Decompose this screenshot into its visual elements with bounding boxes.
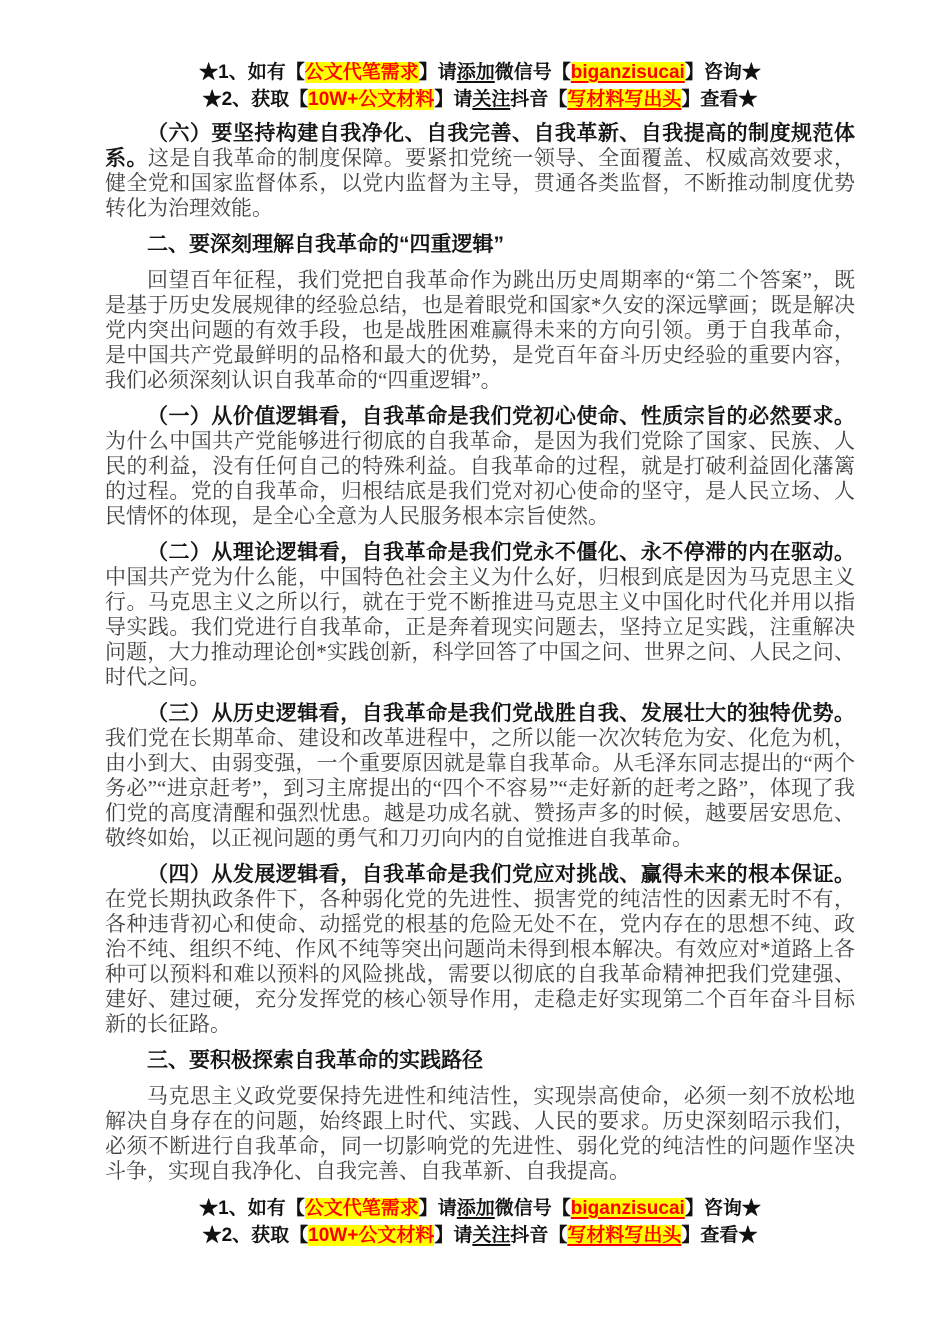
highlighted-keyword: 公文代笔需求 xyxy=(305,1198,419,1219)
highlighted-account: biganzisucai xyxy=(571,1198,685,1219)
highlighted-account: 写材料写出头 xyxy=(567,1225,681,1246)
paragraph-six: （六）要坚持构建自我净化、自我完善、自我革新、自我提高的制度规范体系。这是自我革… xyxy=(105,121,855,221)
paragraph-practice: 马克思主义政党要保持先进性和纯洁性，实现崇高使命，必须一刻不放松地解决自身存在的… xyxy=(105,1084,855,1184)
underlined-action: 添加 xyxy=(457,62,495,83)
paragraph-lead: （二）从理论逻辑看，自我革命是我们党永不僵化、永不停滞的内在驱动。 xyxy=(147,541,855,564)
notice-text: ★1、如有【 xyxy=(199,62,305,83)
notice-text: 微信号【 xyxy=(495,62,571,83)
paragraph-text: 在党长期执政条件下，各种弱化党的先进性、损害党的纯洁性的因素无时不有，各种违背初… xyxy=(105,887,855,1036)
notice-line: ★1、如有【公文代笔需求】请添加微信号【biganzisucai】咨询★ xyxy=(105,1195,855,1222)
notice-line: ★2、获取【10W+公文材料】请关注抖音【写材料写出头】查看★ xyxy=(105,1222,855,1249)
paragraph-text: 回望百年征程，我们党把自我革命作为跳出历史周期率的“第二个答案”，既是基于历史发… xyxy=(105,268,855,392)
paragraph-lead: （一）从价值逻辑看，自我革命是我们党初心使命、性质宗旨的必然要求。 xyxy=(147,405,855,428)
notice-line: ★1、如有【公文代笔需求】请添加微信号【biganzisucai】咨询★ xyxy=(105,59,855,86)
paragraph-one: （一）从价值逻辑看，自我革命是我们党初心使命、性质宗旨的必然要求。为什么中国共产… xyxy=(105,404,855,529)
underlined-action: 关注 xyxy=(472,89,510,110)
section-heading-two: 二、要深刻理解自我革命的“四重逻辑” xyxy=(105,232,855,257)
document-page: ★1、如有【公文代笔需求】请添加微信号【biganzisucai】咨询★★2、获… xyxy=(0,0,950,1344)
notice-text: 】请 xyxy=(419,62,457,83)
notice-text: ★2、获取【 xyxy=(203,1225,309,1246)
notice-text: 】查看★ xyxy=(681,89,757,110)
paragraph-overview: 回望百年征程，我们党把自我革命作为跳出历史周期率的“第二个答案”，既是基于历史发… xyxy=(105,268,855,393)
highlighted-keyword: 10W+公文材料 xyxy=(308,1225,434,1246)
notice-text: 】咨询★ xyxy=(685,1198,761,1219)
promo-footer: ★1、如有【公文代笔需求】请添加微信号【biganzisucai】咨询★★2、获… xyxy=(105,1195,855,1249)
paragraph-lead: （三）从历史逻辑看，自我革命是我们党战胜自我、发展壮大的独特优势。 xyxy=(147,702,855,725)
notice-text: ★2、获取【 xyxy=(203,89,309,110)
highlighted-keyword: 公文代笔需求 xyxy=(305,62,419,83)
paragraph-text: 我们党在长期革命、建设和改革进程中，之所以能一次次转危为安、化危为机，由小到大、… xyxy=(105,726,855,850)
highlighted-account: 写材料写出头 xyxy=(567,89,681,110)
paragraph-four: （四）从发展逻辑看，自我革命是我们党应对挑战、赢得未来的根本保证。在党长期执政条… xyxy=(105,862,855,1037)
notice-text: 】请 xyxy=(434,89,472,110)
notice-text: 】咨询★ xyxy=(685,62,761,83)
paragraph-lead: （四）从发展逻辑看，自我革命是我们党应对挑战、赢得未来的根本保证。 xyxy=(147,863,855,886)
notice-text: 微信号【 xyxy=(495,1198,571,1219)
notice-text: 】请 xyxy=(434,1225,472,1246)
paragraph-two: （二）从理论逻辑看，自我革命是我们党永不僵化、永不停滞的内在驱动。中国共产党为什… xyxy=(105,540,855,690)
paragraph-text: 为什么中国共产党能够进行彻底的自我革命，是因为我们党除了国家、民族、人民的利益，… xyxy=(105,429,855,528)
highlighted-account: biganzisucai xyxy=(571,62,685,83)
underlined-action: 添加 xyxy=(457,1198,495,1219)
underlined-action: 关注 xyxy=(472,1225,510,1246)
notice-line: ★2、获取【10W+公文材料】请关注抖音【写材料写出头】查看★ xyxy=(105,86,855,113)
paragraph-text: 中国共产党为什么能，中国特色社会主义为什么好，归根到底是因为马克思主义行。马克思… xyxy=(105,565,855,689)
paragraph-text: 这是自我革命的制度保障。要紧扣党统一领导、全面覆盖、权威高效要求，健全党和国家监… xyxy=(105,146,855,220)
notice-text: 抖音【 xyxy=(510,1225,567,1246)
paragraph-three: （三）从历史逻辑看，自我革命是我们党战胜自我、发展壮大的独特优势。我们党在长期革… xyxy=(105,701,855,851)
promo-header: ★1、如有【公文代笔需求】请添加微信号【biganzisucai】咨询★★2、获… xyxy=(105,59,855,113)
notice-text: ★1、如有【 xyxy=(199,1198,305,1219)
notice-text: 】请 xyxy=(419,1198,457,1219)
highlighted-keyword: 10W+公文材料 xyxy=(308,89,434,110)
section-heading-three: 三、要积极探索自我革命的实践路径 xyxy=(105,1048,855,1073)
notice-text: 抖音【 xyxy=(510,89,567,110)
paragraph-text: 马克思主义政党要保持先进性和纯洁性，实现崇高使命，必须一刻不放松地解决自身存在的… xyxy=(105,1084,855,1183)
notice-text: 】查看★ xyxy=(681,1225,757,1246)
